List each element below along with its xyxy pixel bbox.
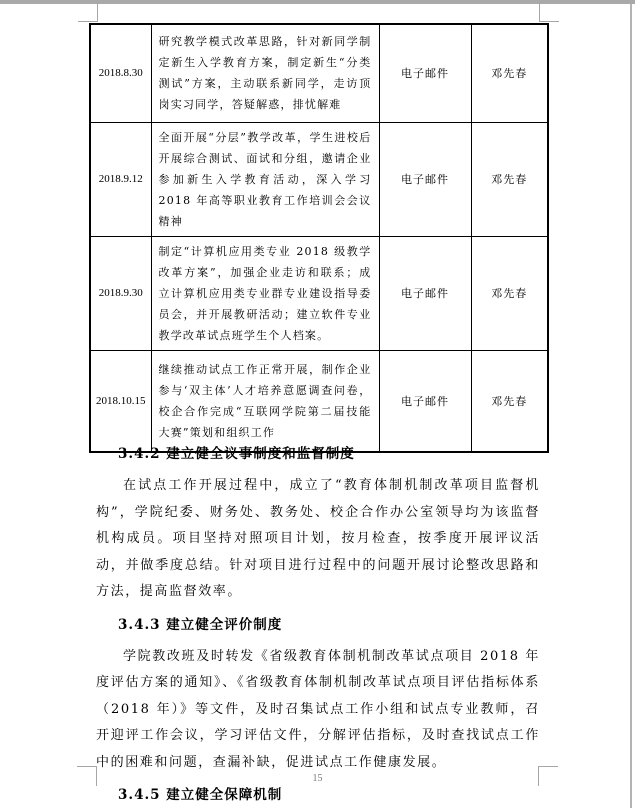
paragraph-3-4-2: 在试点工作开展过程中，成立了“教育体制机制改革项目监督机构”，学院纪委、财务处、… — [96, 473, 540, 606]
page-number: 15 — [0, 773, 635, 784]
person-cell: 邓先春 — [471, 24, 548, 122]
content-cell: 全面开展“分层”教学改革，学生进校后开展综合测试、面试和分组，邀请企业参加新生入… — [151, 122, 379, 236]
table-row: 2018.9.12 全面开展“分层”教学改革，学生进校后开展综合测试、面试和分组… — [90, 122, 548, 236]
document-page: 2018.8.30 研究教学模式改革思路，针对新同学制定新生入学教育方案，制定新… — [0, 0, 635, 808]
date-cell: 2018.8.30 — [90, 24, 151, 122]
section-heading-3-4-3: 3.4.3 建立健全评价制度 — [118, 615, 540, 635]
work-log-table: 2018.8.30 研究教学模式改革思路，针对新同学制定新生入学教育方案，制定新… — [89, 23, 549, 453]
date-cell: 2018.10.15 — [90, 350, 151, 452]
person-cell: 邓先春 — [471, 350, 548, 452]
date-cell: 2018.9.12 — [90, 122, 151, 236]
table-row: 2018.8.30 研究教学模式改革思路，针对新同学制定新生入学教育方案，制定新… — [90, 24, 548, 122]
document-body: 3.4.2 建立健全议事制度和监督制度 在试点工作开展过程中，成立了“教育体制机… — [96, 444, 540, 808]
person-cell: 邓先春 — [471, 236, 548, 350]
content-cell: 制定“计算机应用类专业 2018 级教学改革方案”，加强企业走访和联系；成立计算… — [151, 236, 379, 350]
method-cell: 电子邮件 — [379, 24, 471, 122]
section-heading-3-4-2: 3.4.2 建立健全议事制度和监督制度 — [118, 444, 540, 464]
content-cell: 研究教学模式改革思路，针对新同学制定新生入学教育方案，制定新生“分类测试”方案，… — [151, 24, 379, 122]
margin-mark-top-right — [539, 2, 559, 22]
section-heading-3-4-5: 3.4.5 建立健全保障机制 — [118, 785, 540, 805]
method-cell: 电子邮件 — [379, 236, 471, 350]
margin-mark-top-left — [78, 2, 98, 22]
table-row: 2018.9.30 制定“计算机应用类专业 2018 级教学改革方案”，加强企业… — [90, 236, 548, 350]
method-cell: 电子邮件 — [379, 350, 471, 452]
page-right-edge — [630, 4, 632, 808]
table-row: 2018.10.15 继续推动试点工作正常开展，制作企业参与‘双主体’人才培养意… — [90, 350, 548, 452]
date-cell: 2018.9.30 — [90, 236, 151, 350]
method-cell: 电子邮件 — [379, 122, 471, 236]
content-cell: 继续推动试点工作正常开展，制作企业参与‘双主体’人才培养意愿调查问卷，校企合作完… — [151, 350, 379, 452]
paragraph-3-4-3: 学院教改班及时转发《省级教育体制机制改革试点项目 2018 年度评估方案的通知》… — [96, 644, 540, 777]
person-cell: 邓先春 — [471, 122, 548, 236]
